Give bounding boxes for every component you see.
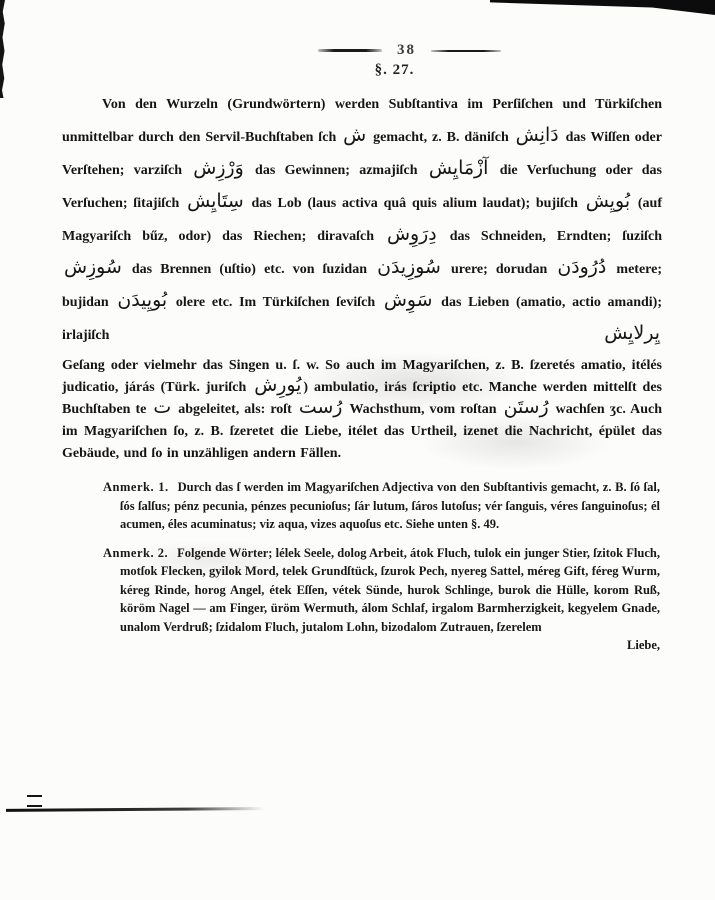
arabic-word: يِرلايِش	[602, 322, 662, 344]
arabic-word: سُوزِيدَن	[375, 256, 443, 278]
arabic-word: يُورِش	[252, 374, 303, 396]
scan-artifact-left-edge	[0, 0, 5, 98]
page-header: 38	[318, 42, 501, 59]
header-rule-left	[318, 49, 382, 52]
note-1-label: Anmerk. 1.	[103, 480, 169, 494]
catchword: Liebe,	[103, 638, 660, 653]
note-anmerk-1: Anmerk. 1.Durch das ſ werden im Magyariſ…	[103, 478, 660, 534]
text-run: urere; dorudan	[443, 262, 555, 277]
arabic-word: دَانِش	[514, 124, 561, 146]
paragraph-main-part2: Geſang oder vielmehr das Singen u. ſ. w.…	[62, 355, 662, 465]
header-rule-right	[431, 50, 501, 52]
text-run: das Brennen (uſtio) etc. von ſuzidan	[124, 262, 375, 277]
arabic-word: رُست	[297, 396, 345, 418]
section-heading: §. 27.	[0, 62, 715, 79]
text-run: das Gewinnen; azmajiſch	[246, 163, 427, 178]
arabic-word: ت	[151, 396, 173, 418]
arabic-word: رُستَن	[502, 396, 551, 418]
arabic-word: وَرْزِش	[191, 157, 245, 179]
note-2-text: Folgende Wörter; lélek Seele, dolog Arbe…	[120, 546, 660, 634]
arabic-word: سُوزِش	[62, 256, 124, 278]
arabic-word: دُرُودَن	[555, 256, 608, 278]
arabic-word: آزْمَايِش	[427, 157, 491, 179]
text-run: olere etc. Im Türkiſchen ſeviſch	[169, 295, 382, 310]
arabic-word: ش	[341, 124, 368, 146]
scan-artifact-top-right	[490, 0, 715, 15]
note-1-text: Durch das ſ werden im Magyariſchen Adjec…	[120, 480, 660, 531]
note-anmerk-2: Anmerk. 2.Folgende Wörter; lélek Seele, …	[103, 544, 660, 637]
text-run: das Lob (laus activa quâ quis alium laud…	[246, 196, 584, 211]
scan-artifact-margin-mark	[27, 795, 42, 807]
note-2-label: Anmerk. 2.	[103, 546, 168, 560]
text-run: abgeleitet, als: roſt	[173, 402, 297, 417]
arabic-word: سَوِش	[382, 289, 435, 311]
scan-artifact-scratch-line	[6, 807, 264, 812]
page-number: 38	[397, 42, 416, 59]
text-run: das Schneiden, Erndten; ſuziſch	[439, 229, 662, 244]
scanned-book-page: 38 §. 27. Von den Wurzeln (Grundwörtern)…	[0, 0, 715, 900]
arabic-word: بُويِش	[584, 190, 632, 212]
text-run: gemacht, z. B. däniſch	[368, 130, 513, 145]
arabic-word: دِرَوِش	[385, 223, 439, 245]
main-text-column: Von den Wurzeln (Grundwörtern) werden Su…	[62, 88, 662, 653]
text-run: Wachsthum, vom roſtan	[344, 402, 501, 417]
arabic-word: سِتَايِش	[185, 190, 246, 212]
paragraph-main-part1: Von den Wurzeln (Grundwörtern) werden Su…	[62, 88, 662, 352]
arabic-word: بُويِيدَن	[115, 289, 169, 311]
